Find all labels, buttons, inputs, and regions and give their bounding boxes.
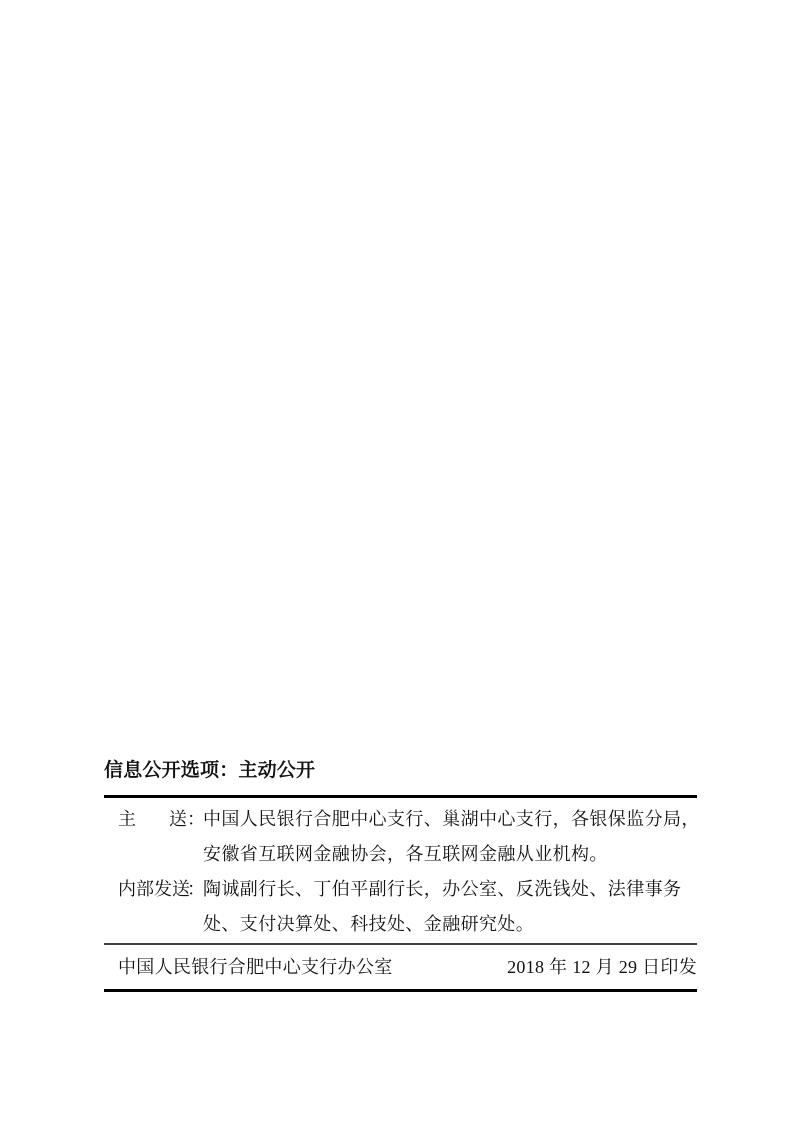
distribution-row-main-recipients: 主送： 中国人民银行合肥中心支行、巢湖中心支行，各银保监分局， 安徽省互联网金融… <box>104 802 697 872</box>
distribution-line: 中国人民银行合肥中心支行、巢湖中心支行，各银保监分局， <box>203 802 700 837</box>
disclosure-option-line: 信息公开选项：主动公开 <box>104 757 697 784</box>
distribution-line: 陶诚副行长、丁伯平副行长，办公室、反洗钱处、法律事务 <box>203 872 697 907</box>
imprint-line: 中国人民银行合肥中心支行办公室 2018 年 12 月 29 日印发 <box>104 945 697 989</box>
distribution-table: 主送： 中国人民银行合肥中心支行、巢湖中心支行，各银保监分局， 安徽省互联网金融… <box>104 802 697 942</box>
distribution-label-chars: 主送 <box>118 802 187 837</box>
distribution-line: 安徽省互联网金融协会，各互联网金融从业机构。 <box>203 837 700 872</box>
distribution-row-internal: 内部发送： 陶诚副行长、丁伯平副行长，办公室、反洗钱处、法律事务 处、支付决算处… <box>104 872 697 942</box>
disclosure-option-value: 主动公开 <box>238 760 315 781</box>
document-page: 信息公开选项：主动公开 主送： 中国人民银行合肥中心支行、巢湖中心支行，各银保监… <box>0 0 793 1122</box>
divider-top-rule <box>104 795 697 798</box>
imprint-date: 2018 年 12 月 29 日印发 <box>507 945 697 989</box>
distribution-content: 中国人民银行合肥中心支行、巢湖中心支行，各银保监分局， 安徽省互联网金融协会，各… <box>203 802 700 872</box>
document-footer-block: 信息公开选项：主动公开 主送： 中国人民银行合肥中心支行、巢湖中心支行，各银保监… <box>104 757 697 992</box>
divider-bottom-rule <box>104 989 697 992</box>
distribution-label: 主送： <box>118 802 200 837</box>
disclosure-option-label: 信息公开选项： <box>104 760 238 781</box>
distribution-label: 内部发送： <box>118 872 200 907</box>
distribution-label-chars: 内部发送 <box>118 872 187 907</box>
imprint-issuer: 中国人民银行合肥中心支行办公室 <box>104 945 393 989</box>
distribution-content: 陶诚副行长、丁伯平副行长，办公室、反洗钱处、法律事务 处、支付决算处、科技处、金… <box>203 872 697 942</box>
distribution-line: 处、支付决算处、科技处、金融研究处。 <box>203 907 697 942</box>
